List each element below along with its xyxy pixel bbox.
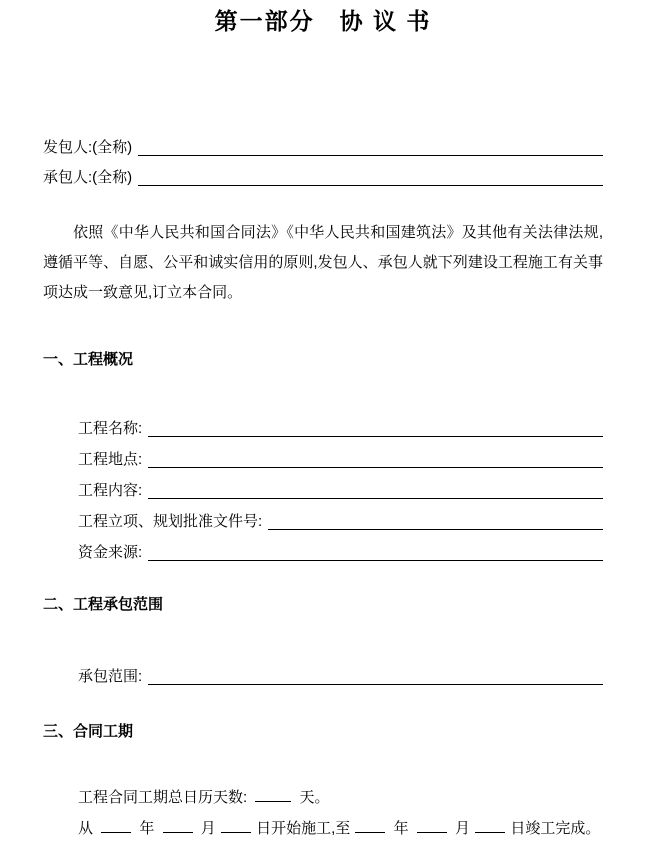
schedule-month2: 月 [455,820,470,837]
field-row-project-content: 工程内容: [78,470,603,501]
start-day-blank[interactable] [221,819,251,833]
field-row-approval-number: 工程立项、规划批准文件号: [78,501,603,532]
field-row-contract-scope: 承包范围: [78,656,603,687]
section-duration-heading: 三、合同工期 [43,722,603,742]
section-overview-heading: 一、工程概况 [43,350,603,370]
schedule-start-text: 日开始施工,至 [256,820,350,837]
funding-source-blank[interactable] [148,560,603,561]
end-month-blank[interactable] [417,819,447,833]
project-content-blank[interactable] [148,498,603,499]
contract-page: 第一部分 协 议 书 发包人:(全称) 承包人:(全称) 依照《中华人民共和国合… [0,0,660,859]
overview-fields: 工程名称: 工程地点: 工程内容: 工程立项、规划批准文件号: 资金来源: [78,408,603,563]
total-days-suffix: 天。 [300,789,330,806]
section-scope-heading: 二、工程承包范围 [43,595,603,615]
employer-row: 发包人:(全称) [43,128,603,158]
total-days-blank[interactable] [255,788,291,802]
project-location-blank[interactable] [148,467,603,468]
schedule-end-text: 日竣工完成。 [510,820,600,837]
contractor-name-blank[interactable] [138,185,603,186]
contractor-label: 承包人:(全称) [43,168,132,188]
document-title: 第一部分 协 议 书 [43,8,603,34]
schedule-line: 从 年 月 日开始施工,至 年 月 日竣工完成。 [78,813,603,844]
schedule-year2: 年 [394,820,409,837]
project-name-label: 工程名称: [78,419,142,439]
employer-name-blank[interactable] [138,155,603,156]
project-name-blank[interactable] [148,436,603,437]
end-day-blank[interactable] [475,819,505,833]
project-content-label: 工程内容: [78,481,142,501]
schedule-year1: 年 [139,820,154,837]
field-row-project-name: 工程名称: [78,408,603,439]
start-month-blank[interactable] [163,819,193,833]
field-row-project-location: 工程地点: [78,439,603,470]
preamble-paragraph: 依照《中华人民共和国合同法》《中华人民共和国建筑法》及其他有关法律法规,遵循平等… [43,218,603,308]
party-block: 发包人:(全称) 承包人:(全称) [43,128,603,188]
contract-scope-blank[interactable] [148,684,603,685]
approval-number-label: 工程立项、规划批准文件号: [78,512,262,532]
start-year-blank[interactable] [101,819,131,833]
schedule-month1: 月 [201,820,216,837]
approval-number-blank[interactable] [268,529,603,530]
contractor-row: 承包人:(全称) [43,158,603,188]
employer-label: 发包人:(全称) [43,138,132,158]
end-year-blank[interactable] [355,819,385,833]
field-row-funding-source: 资金来源: [78,532,603,563]
schedule-from: 从 [78,820,93,837]
project-location-label: 工程地点: [78,450,142,470]
contract-scope-label: 承包范围: [78,667,142,687]
total-days-line: 工程合同工期总日历天数: 天。 [78,782,603,813]
funding-source-label: 资金来源: [78,543,142,563]
total-days-label: 工程合同工期总日历天数: [78,789,247,806]
